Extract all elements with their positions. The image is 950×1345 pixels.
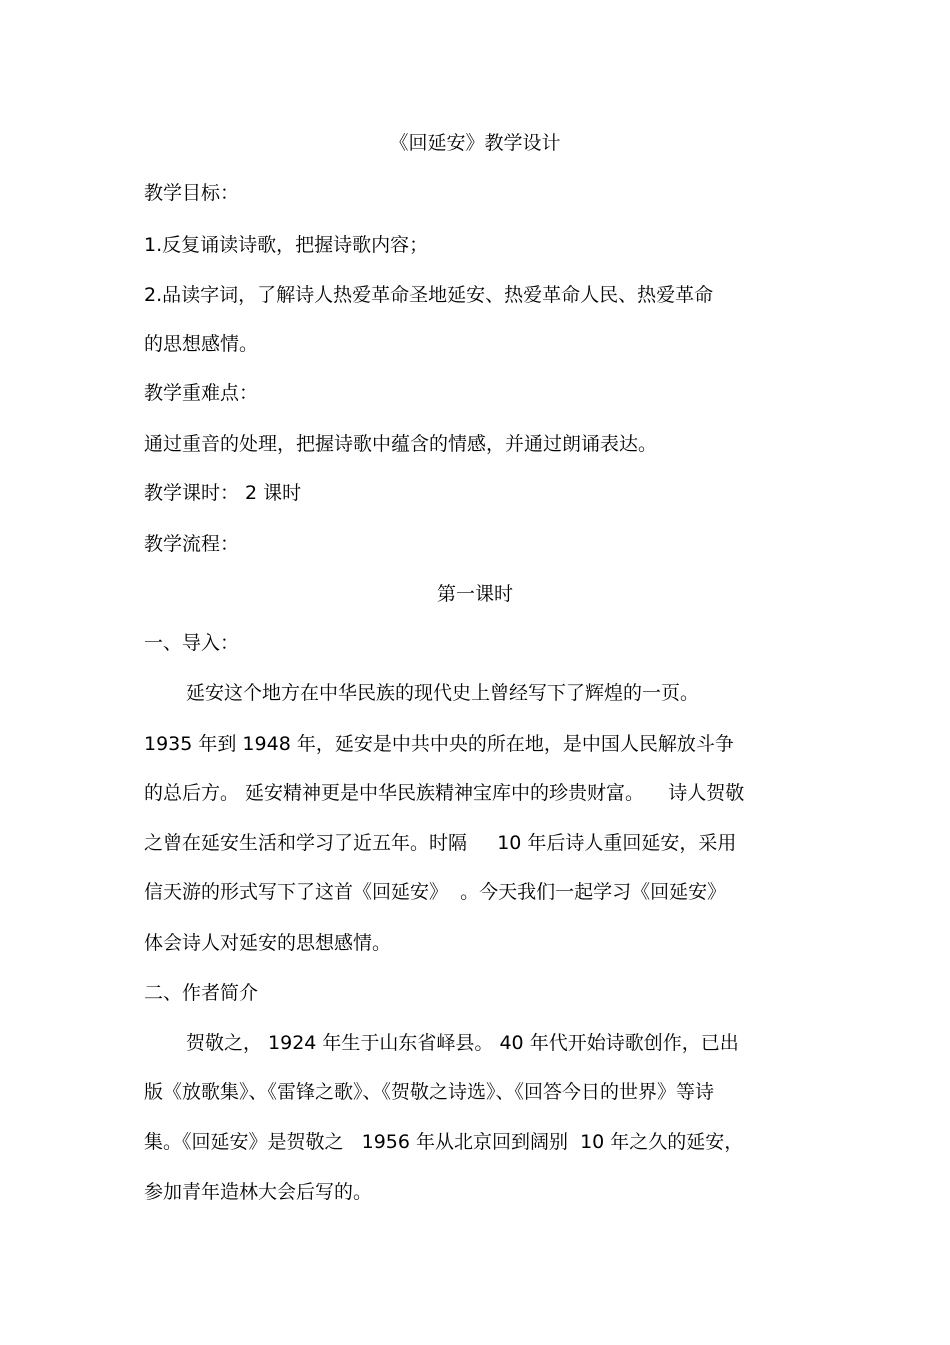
paragraph-line: 集。《回延安》是贺敬之 1956 年从北京回到阔别 10 年之久的延安，	[144, 1130, 743, 1154]
paragraph-line: 信天游的形式写下了这首《回延安》 。今天我们一起学习《回延安》	[144, 880, 726, 904]
section-heading-author: 二、作者简介	[144, 981, 258, 1005]
objective-item-continued: 的思想感情。	[144, 332, 258, 356]
document-page: 《回延安》教学设计 教学目标： 1.反复诵读诗歌，把握诗歌内容； 2.品读字词，…	[0, 0, 950, 1345]
objectives-heading: 教学目标：	[144, 181, 239, 205]
class-hours: 教学课时： 2 课时	[144, 481, 301, 505]
paragraph-line: 贺敬之， 1924 年生于山东省峄县。 40 年代开始诗歌创作，已出	[186, 1031, 739, 1055]
objective-item: 1.反复诵读诗歌，把握诗歌内容；	[144, 233, 428, 257]
paragraph-line: 版《放歌集》、《雷锋之歌》、《贺敬之诗选》、《回答今日的世界》等诗	[144, 1080, 714, 1104]
paragraph-line: 的总后方。 延安精神更是中华民族精神宝库中的珍贵财富。 诗人贺敬	[144, 781, 744, 805]
paragraph-line: 1935 年到 1948 年，延安是中共中央的所在地，是中国人民解放斗争	[144, 732, 734, 756]
document-title: 《回延安》教学设计	[0, 131, 950, 155]
process-heading: 教学流程：	[144, 532, 239, 556]
lesson-title: 第一课时	[0, 582, 950, 606]
paragraph-line: 延安这个地方在中华民族的现代史上曾经写下了辉煌的一页。	[186, 681, 699, 705]
objective-item: 2.品读字词，了解诗人热爱革命圣地延安、热爱革命人民、热爱革命	[144, 283, 713, 307]
paragraph-line: 之曾在延安生活和学习了近五年。时隔 10 年后诗人重回延安，采用	[144, 831, 736, 855]
key-points-heading: 教学重难点：	[144, 381, 258, 405]
paragraph-line: 体会诗人对延安的思想感情。	[144, 931, 391, 955]
section-heading-intro: 一、导入：	[144, 631, 239, 655]
paragraph-line: 参加青年造林大会后写的。	[144, 1180, 372, 1204]
key-points-text: 通过重音的处理，把握诗歌中蕴含的情感，并通过朗诵表达。	[144, 432, 657, 456]
